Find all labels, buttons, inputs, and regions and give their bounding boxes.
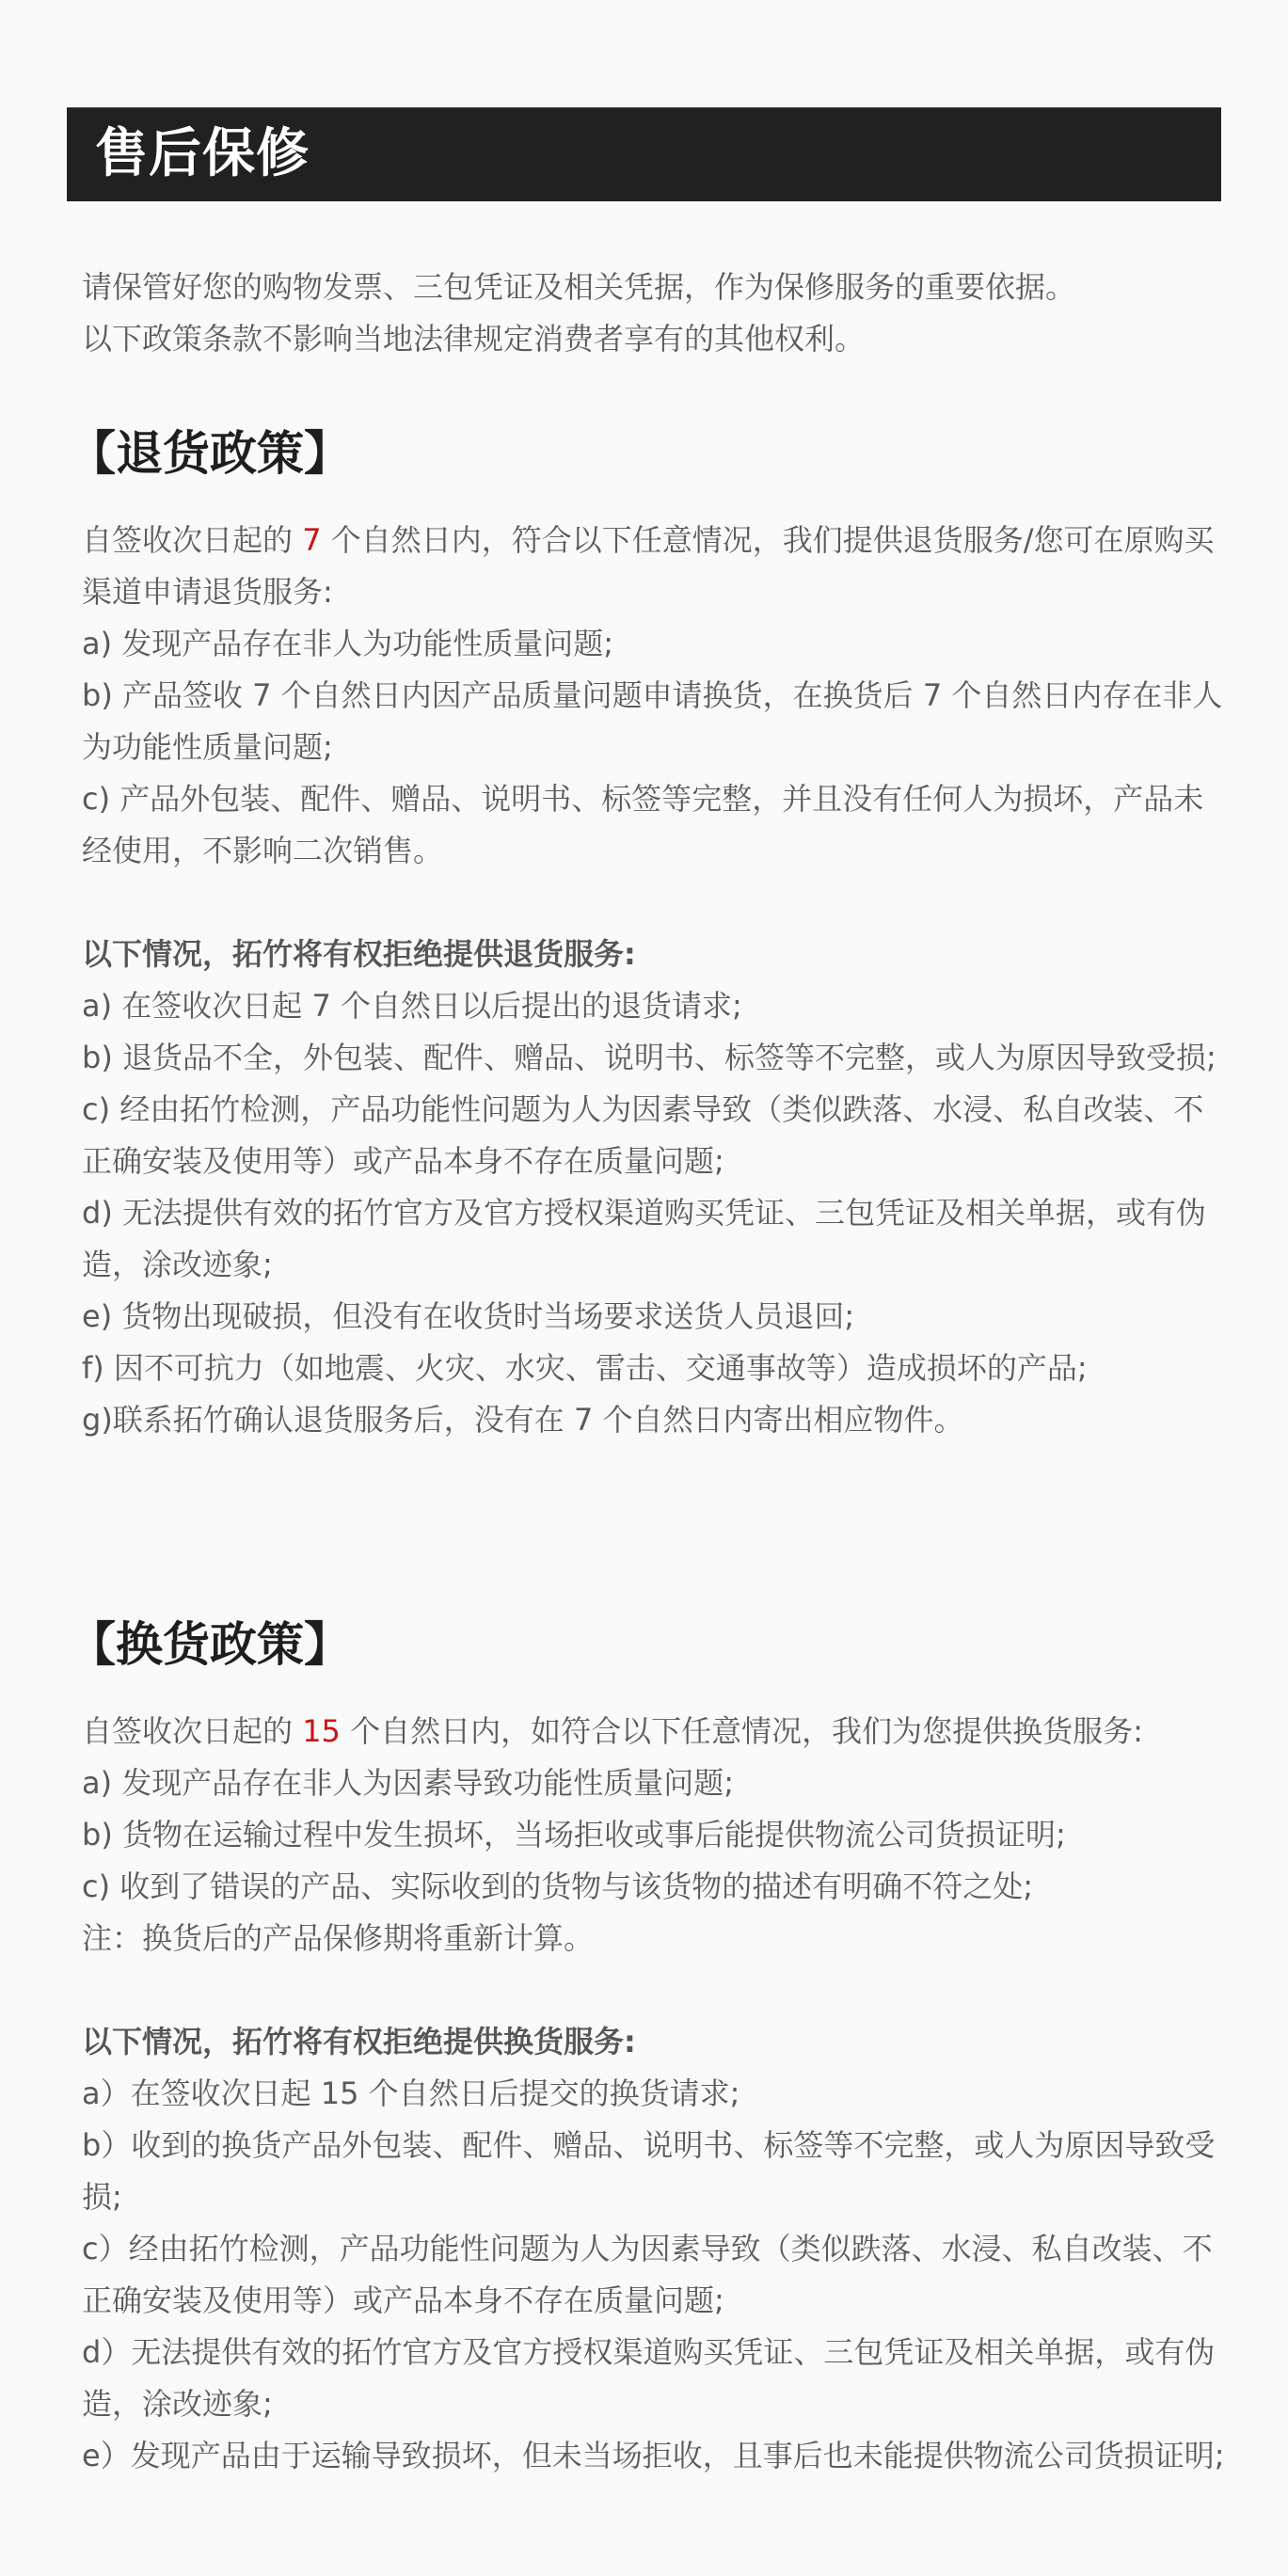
refusal-item: e) 货物出现破损，但没有在收货时当场要求送货人员退回;	[82, 1291, 1225, 1343]
policy-lead: 自签收次日起的 7 个自然日内，符合以下任意情况，我们提供退货服务/您可在原购买…	[82, 515, 1225, 618]
note-item: 注：换货后的产品保修期将重新计算。	[82, 1913, 1225, 1964]
lead-text: 个自然日内，如符合以下任意情况，我们为您提供换货服务:	[341, 1713, 1143, 1749]
section-title: 【退货政策】	[69, 421, 1225, 486]
page-title: 售后保修	[95, 121, 310, 187]
refusal-heading: 以下情况，拓竹将有权拒绝提供退货服务:	[82, 929, 1225, 980]
refusal-item: e）发现产品由于运输导致损坏，但未当场拒收，且事后也未能提供物流公司货损证明;	[82, 2430, 1225, 2482]
policy-lead: 自签收次日起的 15 个自然日内，如符合以下任意情况，我们为您提供换货服务:	[82, 1706, 1225, 1757]
return-policy-section: 【退货政策】 自签收次日起的 7 个自然日内，符合以下任意情况，我们提供退货服务…	[82, 421, 1225, 1446]
condition-item: c) 收到了错误的产品、实际收到的货物与该货物的描述有明确不符之处;	[82, 1861, 1225, 1913]
condition-item: b) 货物在运输过程中发生损坏，当场拒收或事后能提供物流公司货损证明;	[82, 1809, 1225, 1861]
intro-text: 请保管好您的购物发票、三包凭证及相关凭据，作为保修服务的重要依据。 以下政策条款…	[82, 262, 1225, 365]
lead-text: 自签收次日起的	[82, 1713, 302, 1749]
refusal-item: b) 退货品不全，外包装、配件、赠品、说明书、标签等不完整，或人为原因导致受损;	[82, 1032, 1225, 1084]
refusal-item: a）在签收次日起 15 个自然日后提交的换货请求;	[82, 2068, 1225, 2120]
intro-line: 以下政策条款不影响当地法律规定消费者享有的其他权利。	[82, 313, 1225, 365]
refusal-item: c) 经由拓竹检测，产品功能性问题为人为因素导致（类似跌落、水浸、私自改装、不正…	[82, 1084, 1225, 1187]
days-highlight: 7	[302, 522, 321, 558]
refusal-item: d) 无法提供有效的拓竹官方及官方授权渠道购买凭证、三包凭证及相关单据，或有伪造…	[82, 1187, 1225, 1291]
refusal-item: a) 在签收次日起 7 个自然日以后提出的退货请求;	[82, 980, 1225, 1032]
intro-line: 请保管好您的购物发票、三包凭证及相关凭据，作为保修服务的重要依据。	[82, 262, 1225, 313]
refusal-item: f) 因不可抗力（如地震、火灾、水灾、雷击、交通事故等）造成损坏的产品;	[82, 1343, 1225, 1394]
refusal-item: b）收到的换货产品外包装、配件、赠品、说明书、标签等不完整，或人为原因导致受损;	[82, 2120, 1225, 2223]
refusal-item: c）经由拓竹检测，产品功能性问题为人为因素导致（类似跌落、水浸、私自改装、不正确…	[82, 2223, 1225, 2327]
days-highlight: 15	[302, 1713, 341, 1749]
exchange-policy-section: 【换货政策】 自签收次日起的 15 个自然日内，如符合以下任意情况，我们为您提供…	[82, 1612, 1225, 2482]
condition-item: a) 发现产品存在非人为因素导致功能性质量问题;	[82, 1757, 1225, 1809]
refusal-heading: 以下情况，拓竹将有权拒绝提供换货服务:	[82, 2016, 1225, 2068]
refusal-item: d）无法提供有效的拓竹官方及官方授权渠道购买凭证、三包凭证及相关单据，或有伪造，…	[82, 2327, 1225, 2430]
page-header: 售后保修	[67, 107, 1221, 201]
condition-item: b) 产品签收 7 个自然日内因产品质量问题申请换货，在换货后 7 个自然日内存…	[82, 670, 1225, 773]
lead-text: 自签收次日起的	[82, 522, 302, 558]
refusal-item: g)联系拓竹确认退货服务后，没有在 7 个自然日内寄出相应物件。	[82, 1394, 1225, 1446]
condition-item: a) 发现产品存在非人为功能性质量问题;	[82, 618, 1225, 670]
section-title: 【换货政策】	[69, 1612, 1225, 1678]
condition-item: c) 产品外包装、配件、赠品、说明书、标签等完整，并且没有任何人为损坏，产品未经…	[82, 773, 1225, 877]
